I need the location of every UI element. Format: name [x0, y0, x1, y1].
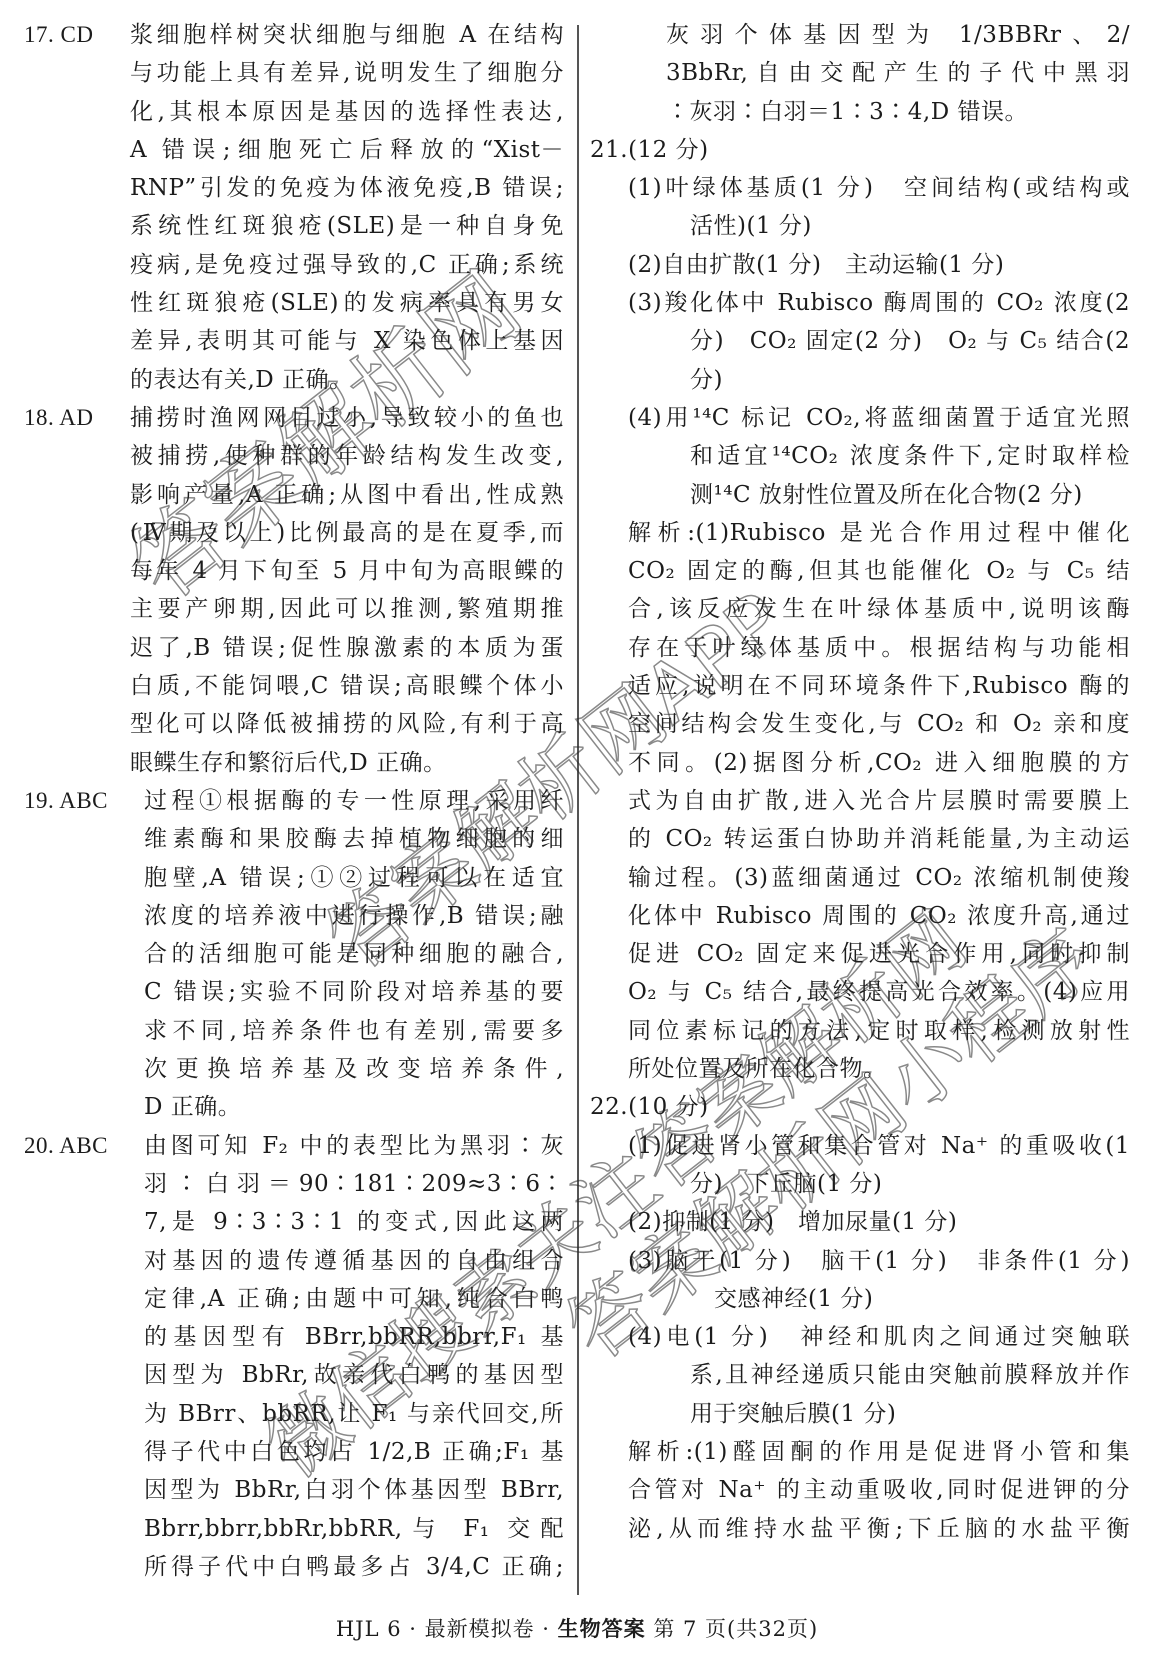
text-line: 定律,A 正确;由题中可知,纯合白鸭 — [144, 1280, 564, 1318]
text-line: 所得子代中白鸭最多占 3/4,C 正确; — [144, 1548, 564, 1586]
text-line: 因型为 BbRr,白羽个体基因型 BBrr, — [144, 1471, 564, 1509]
page-footer: HJL 6 · 最新模拟卷 · 生物答案 第 7 页(共32页) — [0, 1613, 1154, 1643]
text-line: 的表达有关,D 正确。 — [130, 361, 564, 399]
analysis-line: 促进 CO₂ 固定来促进光合作用,同时抑制 — [628, 935, 1130, 973]
text-line: D 正确。 — [144, 1088, 564, 1126]
text-line: 的基因型有 BBrr,bbRR,bbrr,F₁ 基 — [144, 1318, 564, 1356]
answer-line: 和适宜¹⁴CO₂ 浓度条件下,定时取样检 — [590, 437, 1130, 475]
answer-key: (1)叶绿体基质(1 分) 空间结构(或结构或 活性)(1 分) (2)自由扩散… — [590, 169, 1130, 514]
question-17: 17. CD 浆细胞样树突状细胞与细胞 A 在结构 与功能上具有差异,说明发生了… — [24, 16, 564, 399]
answer-line: (4)电(1 分) 神经和肌肉之间通过突触联 — [590, 1318, 1130, 1356]
answer-line: 用于突触后膜(1 分) — [590, 1395, 1130, 1433]
text-line: 羽∶白羽＝90∶181∶209≈3∶6∶ — [144, 1165, 564, 1203]
text-line: Bbrr,bbrr,bbRr,bbRR,与 F₁ 交配 — [144, 1510, 564, 1548]
text-line: 主要产卵期,因此可以推测,繁殖期推 — [130, 590, 564, 628]
question-20: 20. ABC 由图可知 F₂ 中的表型比为黑羽∶灰 羽∶白羽＝90∶181∶2… — [24, 1127, 564, 1587]
answer-key: (1)促进肾小管和集合管对 Na⁺ 的重吸收(1 分) 下丘脑(1 分) (2)… — [590, 1127, 1130, 1433]
text-line: 白质,不能饲喂,C 错误;高眼鲽个体小 — [130, 667, 564, 705]
answer-line: 分) — [590, 361, 1130, 399]
analysis-line: 不同。(2)据图分析,CO₂ 进入细胞膜的方 — [628, 744, 1130, 782]
answer-page: 17. CD 浆细胞样树突状细胞与细胞 A 在结构 与功能上具有差异,说明发生了… — [0, 0, 1154, 1675]
text-line: 型化可以降低被捕捞的风险,有利于高 — [130, 705, 564, 743]
question-19: 19. ABC 过程①根据酶的专一性原理,采用纤 维素酶和果胶酶去掉植物细胞的细… — [24, 782, 564, 1127]
text-line: 差异,表明其可能与 X 染色体上基因 — [130, 322, 564, 360]
column-divider — [577, 25, 579, 1595]
text-line: ∶灰羽∶白羽＝1∶3∶4,D 错误。 — [666, 93, 1130, 131]
question-number: 17. CD — [24, 16, 93, 54]
question-20-continued: 灰羽个体基因型为 1/3BBRr、2/ 3BbRr,自由交配产生的子代中黑羽 ∶… — [590, 16, 1130, 131]
text-line: 因型为 BbRr,故亲代白鸭的基因型 — [144, 1356, 564, 1394]
analysis: 解析:(1)Rubisco 是光合作用过程中催化 CO₂ 固定的酶,但其也能催化… — [590, 514, 1130, 1088]
text-line: (Ⅳ期及以上)比例最高的是在夏季,而 — [130, 514, 564, 552]
answer-line: (1)叶绿体基质(1 分) 空间结构(或结构或 — [590, 169, 1130, 207]
answer-line: (1)促进肾小管和集合管对 Na⁺ 的重吸收(1 — [590, 1127, 1130, 1165]
analysis-line: 泌,从而维持水盐平衡;下丘脑的水盐平衡 — [628, 1510, 1130, 1548]
answer-line: 测¹⁴C 放射性位置及所在化合物(2 分) — [590, 476, 1130, 514]
text-line: 求不同,培养条件也有差别,需要多 — [144, 1012, 564, 1050]
text-line: 系统性红斑狼疮(SLE)是一种自身免 — [130, 207, 564, 245]
text-line: 捕捞时渔网网目过小,导致较小的鱼也 — [130, 399, 564, 437]
question-explanation: 浆细胞样树突状细胞与细胞 A 在结构 与功能上具有差异,说明发生了细胞分 化,其… — [130, 16, 564, 399]
answer-line: 分) 下丘脑(1 分) — [590, 1165, 1130, 1203]
analysis-line: 同位素标记的方法,定时取样,检测放射性 — [628, 1012, 1130, 1050]
text-line: 维素酶和果胶酶去掉植物细胞的细 — [144, 820, 564, 858]
text-line: 眼鲽生存和繁衍后代,D 正确。 — [130, 744, 564, 782]
answer-line: (3)羧化体中 Rubisco 酶周围的 CO₂ 浓度(2 — [590, 284, 1130, 322]
text-line: 过程①根据酶的专一性原理,采用纤 — [144, 782, 564, 820]
text-line: 合的活细胞可能是同种细胞的融合, — [144, 935, 564, 973]
answer-line: 系,且神经递质只能由突触前膜释放并作 — [590, 1356, 1130, 1394]
question-number: 18. AD — [24, 399, 93, 437]
question-header: 21.(12 分) — [590, 131, 1130, 169]
analysis-line: 空间结构会发生变化,与 CO₂ 和 O₂ 亲和度 — [628, 705, 1130, 743]
text-line: 疫病,是免疫过强导致的,C 正确;系统 — [130, 246, 564, 284]
analysis-line: 式为自由扩散,进入光合片层膜时需要膜上 — [628, 782, 1130, 820]
analysis-line: 适应,说明在不同环境条件下,Rubisco 酶的 — [628, 667, 1130, 705]
text-line: C 错误;实验不同阶段对培养基的要 — [144, 973, 564, 1011]
left-column: 17. CD 浆细胞样树突状细胞与细胞 A 在结构 与功能上具有差异,说明发生了… — [24, 16, 564, 1586]
separator: · — [402, 1617, 425, 1641]
answer-line: (3)脑干(1 分) 脑干(1 分) 非条件(1 分) — [590, 1242, 1130, 1280]
analysis-line: 的 CO₂ 转运蛋白协助并消耗能量,为主动运 — [628, 820, 1130, 858]
text-line: 性红斑狼疮(SLE)的发病率具有男女 — [130, 284, 564, 322]
question-21: 21.(12 分) (1)叶绿体基质(1 分) 空间结构(或结构或 活性)(1 … — [590, 131, 1130, 1088]
analysis-line: 解析:(1)醛固酮的作用是促进肾小管和集 — [628, 1433, 1130, 1471]
text-line: 对基因的遗传遵循基因的自由组合 — [144, 1242, 564, 1280]
text-line: 被捕捞,使种群的年龄结构发生改变, — [130, 437, 564, 475]
analysis-line: CO₂ 固定的酶,但其也能催化 O₂ 与 C₅ 结 — [628, 552, 1130, 590]
question-18: 18. AD 捕捞时渔网网目过小,导致较小的鱼也 被捕捞,使种群的年龄结构发生改… — [24, 399, 564, 782]
text-line: 化,其根本原因是基因的选择性表达, — [130, 93, 564, 131]
text-line: 3BbRr,自由交配产生的子代中黑羽 — [666, 54, 1130, 92]
text-line: 为 BBrr、bbRR,让 F₁ 与亲代回交,所 — [144, 1395, 564, 1433]
analysis-line: 输过程。(3)蓝细菌通过 CO₂ 浓缩机制使羧 — [628, 859, 1130, 897]
answer-line: (4)用¹⁴C 标记 CO₂,将蓝细菌置于适宜光照 — [590, 399, 1130, 437]
text-line: 7,是 9∶3∶3∶1 的变式,因此这两 — [144, 1203, 564, 1241]
text-line: 影响产量,A 正确;从图中看出,性成熟 — [130, 476, 564, 514]
analysis-line: 合管对 Na⁺ 的主动重吸收,同时促进钾的分 — [628, 1471, 1130, 1509]
analysis-line: 所处位置及所在化合物。 — [628, 1050, 1130, 1088]
text-line: 得子代中白色均占 1/2,B 正确;F₁ 基 — [144, 1433, 564, 1471]
text-line: 浓度的培养液中进行操作,B 错误;融 — [144, 897, 564, 935]
right-column: 灰羽个体基因型为 1/3BBRr、2/ 3BbRr,自由交配产生的子代中黑羽 ∶… — [590, 16, 1130, 1548]
text-line: 由图可知 F₂ 中的表型比为黑羽∶灰 — [144, 1127, 564, 1165]
question-number: 20. ABC — [24, 1127, 108, 1165]
answer-line: 活性)(1 分) — [590, 207, 1130, 245]
subject-label: 生物答案 — [558, 1616, 646, 1641]
question-explanation: 由图可知 F₂ 中的表型比为黑羽∶灰 羽∶白羽＝90∶181∶209≈3∶6∶ … — [144, 1127, 564, 1587]
answer-line: (2)抑制(1 分) 增加尿量(1 分) — [590, 1203, 1130, 1241]
question-header: 22.(10 分) — [590, 1088, 1130, 1126]
analysis: 解析:(1)醛固酮的作用是促进肾小管和集 合管对 Na⁺ 的主动重吸收,同时促进… — [590, 1433, 1130, 1548]
question-number: 19. ABC — [24, 782, 108, 820]
analysis-line: 解析:(1)Rubisco 是光合作用过程中催化 — [628, 514, 1130, 552]
paper-code: HJL 6 — [336, 1617, 402, 1641]
text-line: 胞壁,A 错误;①②过程可以在适宜 — [144, 859, 564, 897]
analysis-line: 存在于叶绿体基质中。根据结构与功能相 — [628, 629, 1130, 667]
text-line: 与功能上具有差异,说明发生了细胞分 — [130, 54, 564, 92]
text-line: 每年 4 月下旬至 5 月中旬为高眼鲽的 — [130, 552, 564, 590]
analysis-line: 合,该反应发生在叶绿体基质中,说明该酶 — [628, 590, 1130, 628]
page-number: 第 7 页(共32页) — [646, 1617, 819, 1641]
text-line: 浆细胞样树突状细胞与细胞 A 在结构 — [130, 16, 564, 54]
question-22: 22.(10 分) (1)促进肾小管和集合管对 Na⁺ 的重吸收(1 分) 下丘… — [590, 1088, 1130, 1548]
text-line: 迟了,B 错误;促性腺激素的本质为蛋 — [130, 629, 564, 667]
question-explanation: 过程①根据酶的专一性原理,采用纤 维素酶和果胶酶去掉植物细胞的细 胞壁,A 错误… — [144, 782, 564, 1127]
text-line: A 错误;细胞死亡后释放的“Xist－ — [130, 131, 564, 169]
series-name: 最新模拟卷 — [425, 1617, 535, 1641]
text-line: 灰羽个体基因型为 1/3BBRr、2/ — [666, 16, 1130, 54]
analysis-line: O₂ 与 C₅ 结合,最终提高光合效率。(4)应用 — [628, 973, 1130, 1011]
answer-line: 分) CO₂ 固定(2 分) O₂ 与 C₅ 结合(2 — [590, 322, 1130, 360]
analysis-line: 化体中 Rubisco 周围的 CO₂ 浓度升高,通过 — [628, 897, 1130, 935]
text-line: 次更换培养基及改变培养条件, — [144, 1050, 564, 1088]
question-explanation: 捕捞时渔网网目过小,导致较小的鱼也 被捕捞,使种群的年龄结构发生改变, 影响产量… — [130, 399, 564, 782]
answer-line: 交感神经(1 分) — [590, 1280, 1130, 1318]
separator: · — [535, 1617, 558, 1641]
text-line: RNP”引发的免疫为体液免疫,B 错误; — [130, 169, 564, 207]
answer-line: (2)自由扩散(1 分) 主动运输(1 分) — [590, 246, 1130, 284]
